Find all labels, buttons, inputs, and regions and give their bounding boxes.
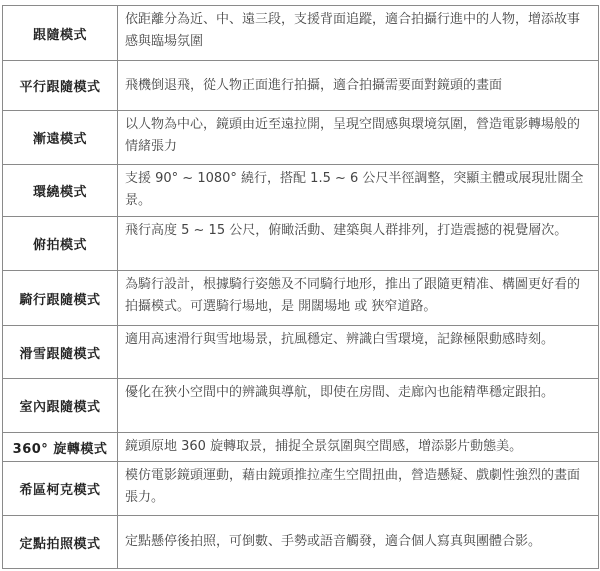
- mode-description: 以人物為中心，鏡頭由近至遠拉開，呈現空間感與環境氛圍，營造電影轉場般的情緒張力: [118, 111, 599, 165]
- mode-description: 為騎行設計，根據騎行姿態及不同騎行地形，推出了跟隨更精准、構圖更好看的拍攝模式。…: [118, 271, 599, 326]
- mode-name: 定點拍照模式: [3, 516, 118, 569]
- table-row: 俯拍模式 飛行高度 5 ~ 15 公尺，俯瞰活動、建築與人群排列，打造震撼的視覺…: [3, 217, 599, 271]
- mode-name: 騎行跟隨模式: [3, 271, 118, 326]
- mode-description: 定點懸停後拍照，可倒數、手勢或語音觸發，適合個人寫真與團體合影。: [118, 516, 599, 569]
- mode-name: 跟隨模式: [3, 6, 118, 61]
- mode-description: 支援 90° ~ 1080° 繞行，搭配 1.5 ~ 6 公尺半徑調整，突顯主體…: [118, 165, 599, 217]
- mode-name: 平行跟隨模式: [3, 61, 118, 111]
- mode-description: 模仿電影鏡頭運動，藉由鏡頭推拉產生空間扭曲，營造懸疑、戲劇性強烈的畫面張力。: [118, 462, 599, 516]
- mode-name: 俯拍模式: [3, 217, 118, 271]
- table-row: 漸遠模式 以人物為中心，鏡頭由近至遠拉開，呈現空間感與環境氛圍，營造電影轉場般的…: [3, 111, 599, 165]
- mode-description: 鏡頭原地 360 旋轉取景，捕捉全景氛圍與空間感，增添影片動態美。: [118, 433, 599, 462]
- mode-description: 飛行高度 5 ~ 15 公尺，俯瞰活動、建築與人群排列，打造震撼的視覺層次。: [118, 217, 599, 271]
- mode-name: 環繞模式: [3, 165, 118, 217]
- mode-description: 適用高速滑行與雪地場景，抗風穩定、辨識白雪環境，記錄極限動感時刻。: [118, 326, 599, 379]
- mode-description: 飛機倒退飛，從人物正面進行拍攝，適合拍攝需要面對鏡頭的畫面: [118, 61, 599, 111]
- table-row: 騎行跟隨模式 為騎行設計，根據騎行姿態及不同騎行地形，推出了跟隨更精准、構圖更好…: [3, 271, 599, 326]
- mode-description: 依距離分為近、中、遠三段，支援背面追蹤，適合拍攝行進中的人物，增添故事感與臨場氛…: [118, 6, 599, 61]
- mode-name: 360° 旋轉模式: [3, 433, 118, 462]
- mode-name: 希區柯克模式: [3, 462, 118, 516]
- table-row: 平行跟隨模式 飛機倒退飛，從人物正面進行拍攝，適合拍攝需要面對鏡頭的畫面: [3, 61, 599, 111]
- table-row: 360° 旋轉模式 鏡頭原地 360 旋轉取景，捕捉全景氛圍與空間感，增添影片動…: [3, 433, 599, 462]
- table-row: 室內跟隨模式 優化在狹小空間中的辨識與導航，即使在房間、走廊內也能精準穩定跟拍。: [3, 379, 599, 433]
- mode-name: 室內跟隨模式: [3, 379, 118, 433]
- flight-modes-table: 跟隨模式 依距離分為近、中、遠三段，支援背面追蹤，適合拍攝行進中的人物，增添故事…: [2, 5, 599, 569]
- table-row: 希區柯克模式 模仿電影鏡頭運動，藉由鏡頭推拉產生空間扭曲，營造懸疑、戲劇性強烈的…: [3, 462, 599, 516]
- table-row: 跟隨模式 依距離分為近、中、遠三段，支援背面追蹤，適合拍攝行進中的人物，增添故事…: [3, 6, 599, 61]
- mode-description: 優化在狹小空間中的辨識與導航，即使在房間、走廊內也能精準穩定跟拍。: [118, 379, 599, 433]
- mode-name: 滑雪跟隨模式: [3, 326, 118, 379]
- mode-name: 漸遠模式: [3, 111, 118, 165]
- table-row: 環繞模式 支援 90° ~ 1080° 繞行，搭配 1.5 ~ 6 公尺半徑調整…: [3, 165, 599, 217]
- table-row: 定點拍照模式 定點懸停後拍照，可倒數、手勢或語音觸發，適合個人寫真與團體合影。: [3, 516, 599, 569]
- table-row: 滑雪跟隨模式 適用高速滑行與雪地場景，抗風穩定、辨識白雪環境，記錄極限動感時刻。: [3, 326, 599, 379]
